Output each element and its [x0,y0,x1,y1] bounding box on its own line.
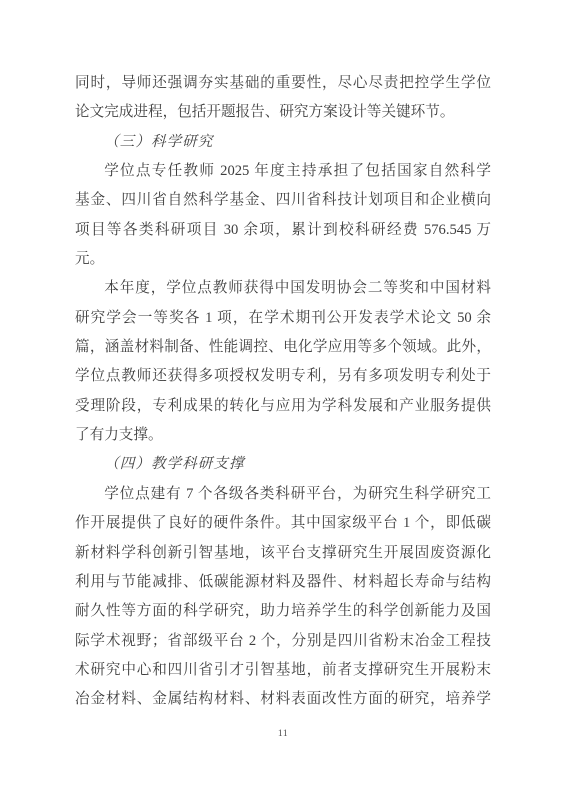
paragraph-line: 新材料学科创新引智基地，该平台支撑研究生开展固废资源化 [75,539,491,568]
paragraph-line: 受理阶段，专利成果的转化与应用为学科发展和产业服务提供 [75,392,491,421]
paragraph-line: 研究学会一等奖各 1 项，在学术期刊公开发表学术论文 50 余 [75,304,491,333]
paragraph-line: 术研究中心和四川省引才引智基地，前者支撑研究生开展粉末 [75,656,491,685]
paragraph-line: 学位点专任教师 2025 年度主持承担了包括国家自然科学 [75,157,491,186]
paragraph-line: 项目等各类科研项目 30 余项，累计到校科研经费 576.545 万 [75,216,491,245]
paragraph-line: 本年度，学位点教师获得中国发明协会二等奖和中国材料 [75,274,491,303]
paragraph-line: 学位点教师还获得多项授权发明专利，另有多项发明专利处于 [75,362,491,391]
paragraph-line: 元。 [75,245,491,274]
paragraph-line: 论文完成进程，包括开题报告、研究方案设计等关键环节。 [75,98,491,127]
paragraph-line: 利用与节能减排、低碳能源材料及器件、材料超长寿命与结构 [75,568,491,597]
page-number: 11 [0,729,566,739]
paragraph-line: 基金、四川省自然科学基金、四川省科技计划项目和企业横向 [75,186,491,215]
paragraph-line: 篇，涵盖材料制备、性能调控、电化学应用等多个领域。此外， [75,333,491,362]
paragraph-line: 际学术视野；省部级平台 2 个，分别是四川省粉末冶金工程技 [75,627,491,656]
paragraph-line: 耐久性等方面的科学研究，助力培养学生的科学创新能力及国 [75,597,491,626]
paragraph-line: 同时，导师还强调夯实基础的重要性，尽心尽责把控学生学位 [75,69,491,98]
document-page: 同时，导师还强调夯实基础的重要性，尽心尽责把控学生学位 论文完成进程，包括开题报… [0,0,566,800]
section-heading-4: （四）教学科研支撑 [75,450,491,479]
paragraph-line: 学位点建有 7 个各级各类科研平台，为研究生科学研究工 [75,480,491,509]
paragraph-line: 作开展提供了良好的硬件条件。其中国家级平台 1 个，即低碳 [75,509,491,538]
paragraph-line: 了有力支撑。 [75,421,491,450]
document-body: 同时，导师还强调夯实基础的重要性，尽心尽责把控学生学位 论文完成进程，包括开题报… [75,69,491,715]
paragraph-line: 冶金材料、金属结构材料、材料表面改性方面的研究，培养学 [75,685,491,714]
section-heading-3: （三）科学研究 [75,128,491,157]
